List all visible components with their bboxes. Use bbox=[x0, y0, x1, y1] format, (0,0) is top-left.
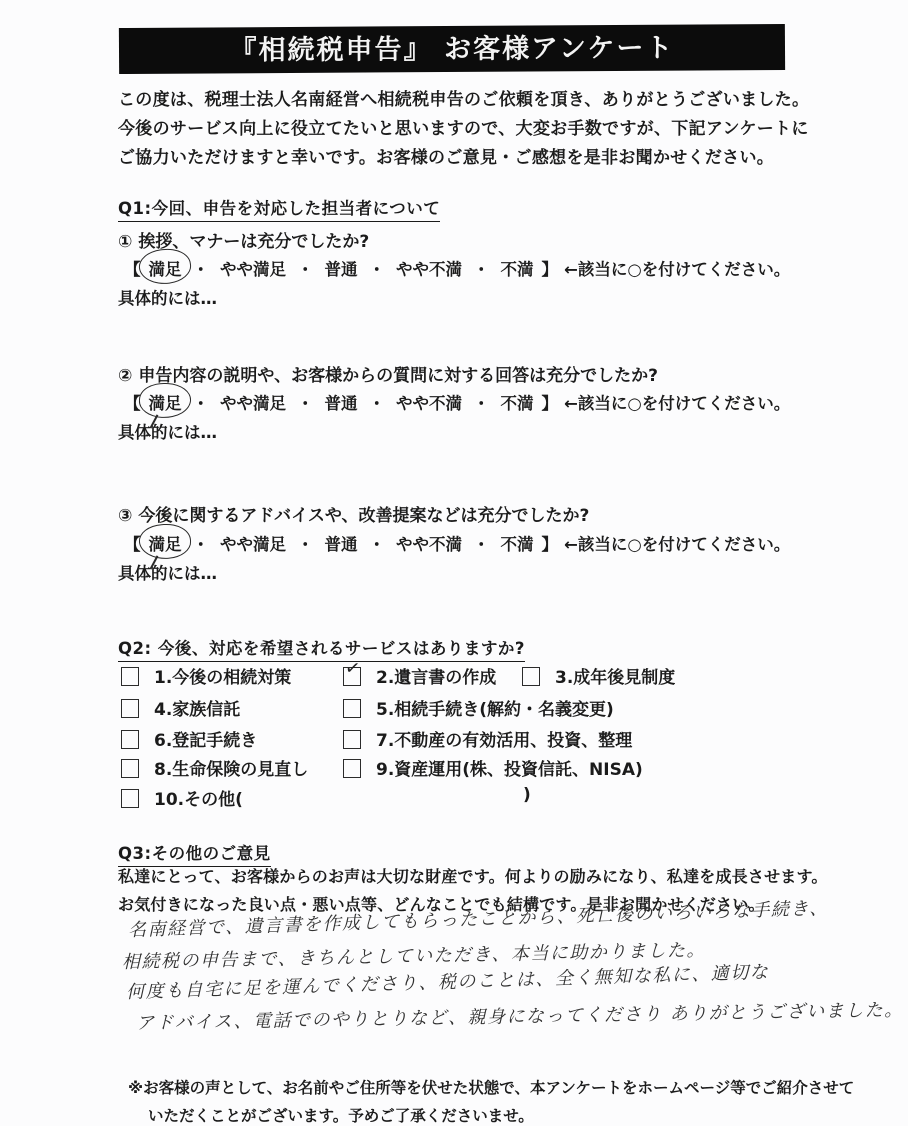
checkbox-label: 1.今後の相続対策 bbox=[154, 668, 291, 688]
option-separator: ・ bbox=[360, 535, 395, 554]
bracket-close: 】 bbox=[536, 394, 565, 413]
bracket-close: 】 bbox=[536, 535, 565, 554]
intro-line: ご協力いただけますと幸いです。お客様のご意見・ご感想を是非お聞かせください。 bbox=[118, 143, 774, 168]
checkbox-item-10[interactable] bbox=[121, 789, 139, 808]
rating-scale-1: 【満足・やや満足・普通・やや不満・不満】←該当に○を付けてください。 bbox=[118, 256, 790, 280]
checkmark-icon: ✓ bbox=[344, 659, 361, 679]
rating-option-somewhat-satisfied[interactable]: やや満足 bbox=[218, 390, 288, 414]
q2-row-2: 4.家族信託5.相続手続き(解約・名義変更) bbox=[121, 695, 614, 720]
checkbox-item-6[interactable] bbox=[121, 730, 139, 749]
checkbox-label: 4.家族信託 bbox=[154, 700, 240, 720]
checkbox-label: 6.登記手続き bbox=[154, 731, 257, 751]
option-separator: ・ bbox=[288, 535, 323, 554]
option-separator: ・ bbox=[184, 260, 219, 279]
checkbox-label: 3.成年後見制度 bbox=[555, 668, 675, 688]
rating-option-satisfied[interactable]: 満足 bbox=[147, 531, 184, 555]
survey-title: 『相続税申告』 お客様アンケート bbox=[229, 25, 674, 75]
option-separator: ・ bbox=[464, 535, 499, 554]
question-number: ② bbox=[118, 366, 132, 386]
q1-heading: Q1:今回、申告を対応した担当者について bbox=[118, 195, 440, 222]
circle-instruction: ←該当に○を付けてください。 bbox=[564, 260, 790, 279]
rating-option-dissatisfied[interactable]: 不満 bbox=[499, 531, 536, 555]
handwritten-comment-line: アドバイス、電話でのやりとりなど、親身になってくださり ありがとうございました。 bbox=[136, 996, 904, 1035]
checkbox-item-4[interactable] bbox=[121, 699, 139, 718]
checkbox-item-9[interactable] bbox=[343, 759, 361, 778]
question-text: 申告内容の説明や、お客様からの質問に対する回答は充分でしたか? bbox=[138, 366, 658, 386]
rating-option-somewhat-satisfied[interactable]: やや満足 bbox=[218, 531, 288, 555]
rating-scale-3: 【満足・やや満足・普通・やや不満・不満】←該当に○を付けてください。 bbox=[118, 531, 790, 555]
q2-row-4: 8.生命保険の見直し9.資産運用(株、投資信託、NISA) bbox=[121, 755, 643, 780]
option-separator: ・ bbox=[288, 394, 323, 413]
q1-question-2: ②申告内容の説明や、お客様からの質問に対する回答は充分でしたか? bbox=[118, 361, 658, 386]
q2-row-3: 6.登記手続き7.不動産の有効活用、投資、整理 bbox=[121, 726, 632, 751]
checkbox-label: 5.相続手続き(解約・名義変更) bbox=[376, 700, 614, 720]
footer-note-line: いただくことがございます。予めご了承くださいませ。 bbox=[148, 1104, 534, 1126]
option-separator: ・ bbox=[184, 535, 219, 554]
checkbox-item-2[interactable]: ✓ bbox=[343, 667, 361, 686]
circle-instruction: ←該当に○を付けてください。 bbox=[564, 535, 790, 554]
rating-option-satisfied[interactable]: 満足 bbox=[147, 390, 184, 414]
q3-description-line: 私達にとって、お客様からのお声は大切な財産です。何よりの励みになり、私達を成長さ… bbox=[118, 864, 828, 887]
checkbox-label: 9.資産運用(株、投資信託、NISA) bbox=[376, 760, 643, 780]
footer-note-line: ※お客様の声として、お名前やご住所等を伏せた状態で、本アンケートをホームページ等… bbox=[128, 1076, 854, 1098]
other-close-paren: ) bbox=[523, 785, 531, 805]
rating-option-somewhat-dissatisfied[interactable]: やや不満 bbox=[394, 531, 464, 555]
bracket-open: 【 bbox=[118, 260, 147, 279]
intro-line: 今後のサービス向上に役立てたいと思いますので、大変お手数ですが、下記アンケートに bbox=[118, 114, 809, 139]
rating-option-neutral[interactable]: 普通 bbox=[323, 390, 360, 414]
rating-option-neutral[interactable]: 普通 bbox=[323, 256, 360, 280]
option-separator: ・ bbox=[464, 260, 499, 279]
question-number: ③ bbox=[118, 506, 132, 526]
rating-option-satisfied[interactable]: 満足 bbox=[147, 256, 184, 280]
checkbox-item-7[interactable] bbox=[343, 730, 361, 749]
bracket-open: 【 bbox=[118, 535, 147, 554]
q1-question-3: ③今後に関するアドバイスや、改善提案などは充分でしたか? bbox=[118, 501, 589, 526]
rating-option-somewhat-satisfied[interactable]: やや満足 bbox=[218, 256, 288, 280]
q1-question-1: ①挨拶、マナーは充分でしたか? bbox=[118, 227, 369, 252]
q2-heading: Q2: 今後、対応を希望されるサービスはありますか? bbox=[118, 635, 525, 662]
checkbox-item-1[interactable] bbox=[121, 667, 139, 686]
bracket-open: 【 bbox=[118, 394, 147, 413]
option-separator: ・ bbox=[360, 260, 395, 279]
rating-scale-2: 【満足・やや満足・普通・やや不満・不満】←該当に○を付けてください。 bbox=[118, 390, 790, 414]
scanned-survey-page: 『相続税申告』 お客様アンケート この度は、税理士法人名南経営へ相続税申告のご依… bbox=[0, 0, 908, 1126]
rating-option-dissatisfied[interactable]: 不満 bbox=[499, 256, 536, 280]
q2-row-1: 1.今後の相続対策✓2.遺言書の作成3.成年後見制度 bbox=[121, 663, 675, 688]
circle-instruction: ←該当に○を付けてください。 bbox=[564, 394, 790, 413]
detail-prompt: 具体的には… bbox=[118, 560, 217, 584]
rating-option-somewhat-dissatisfied[interactable]: やや不満 bbox=[394, 390, 464, 414]
survey-title-banner: 『相続税申告』 お客様アンケート bbox=[119, 24, 785, 74]
rating-option-somewhat-dissatisfied[interactable]: やや不満 bbox=[394, 256, 464, 280]
rating-option-dissatisfied[interactable]: 不満 bbox=[499, 390, 536, 414]
option-separator: ・ bbox=[184, 394, 219, 413]
detail-prompt: 具体的には… bbox=[118, 285, 217, 309]
checkbox-item-3[interactable] bbox=[522, 667, 540, 686]
checkbox-item-8[interactable] bbox=[121, 759, 139, 778]
detail-prompt: 具体的には… bbox=[118, 419, 217, 443]
option-separator: ・ bbox=[464, 394, 499, 413]
question-text: 挨拶、マナーは充分でしたか? bbox=[138, 232, 369, 252]
checkbox-item-5[interactable] bbox=[343, 699, 361, 718]
q3-heading: Q3:その他のご意見 bbox=[118, 840, 271, 867]
question-text: 今後に関するアドバイスや、改善提案などは充分でしたか? bbox=[138, 506, 589, 526]
option-separator: ・ bbox=[360, 394, 395, 413]
checkbox-label: 7.不動産の有効活用、投資、整理 bbox=[376, 731, 632, 751]
checkbox-label: 8.生命保険の見直し bbox=[154, 760, 308, 780]
checkbox-label: 10.その他( bbox=[154, 790, 243, 810]
bracket-close: 】 bbox=[536, 260, 565, 279]
intro-line: この度は、税理士法人名南経営へ相続税申告のご依頼を頂き、ありがとうございました。 bbox=[118, 85, 809, 110]
q2-row-5: 10.その他( bbox=[121, 785, 243, 810]
option-separator: ・ bbox=[288, 260, 323, 279]
rating-option-neutral[interactable]: 普通 bbox=[323, 531, 360, 555]
checkbox-label: 2.遺言書の作成 bbox=[376, 668, 496, 688]
question-number: ① bbox=[118, 232, 132, 252]
